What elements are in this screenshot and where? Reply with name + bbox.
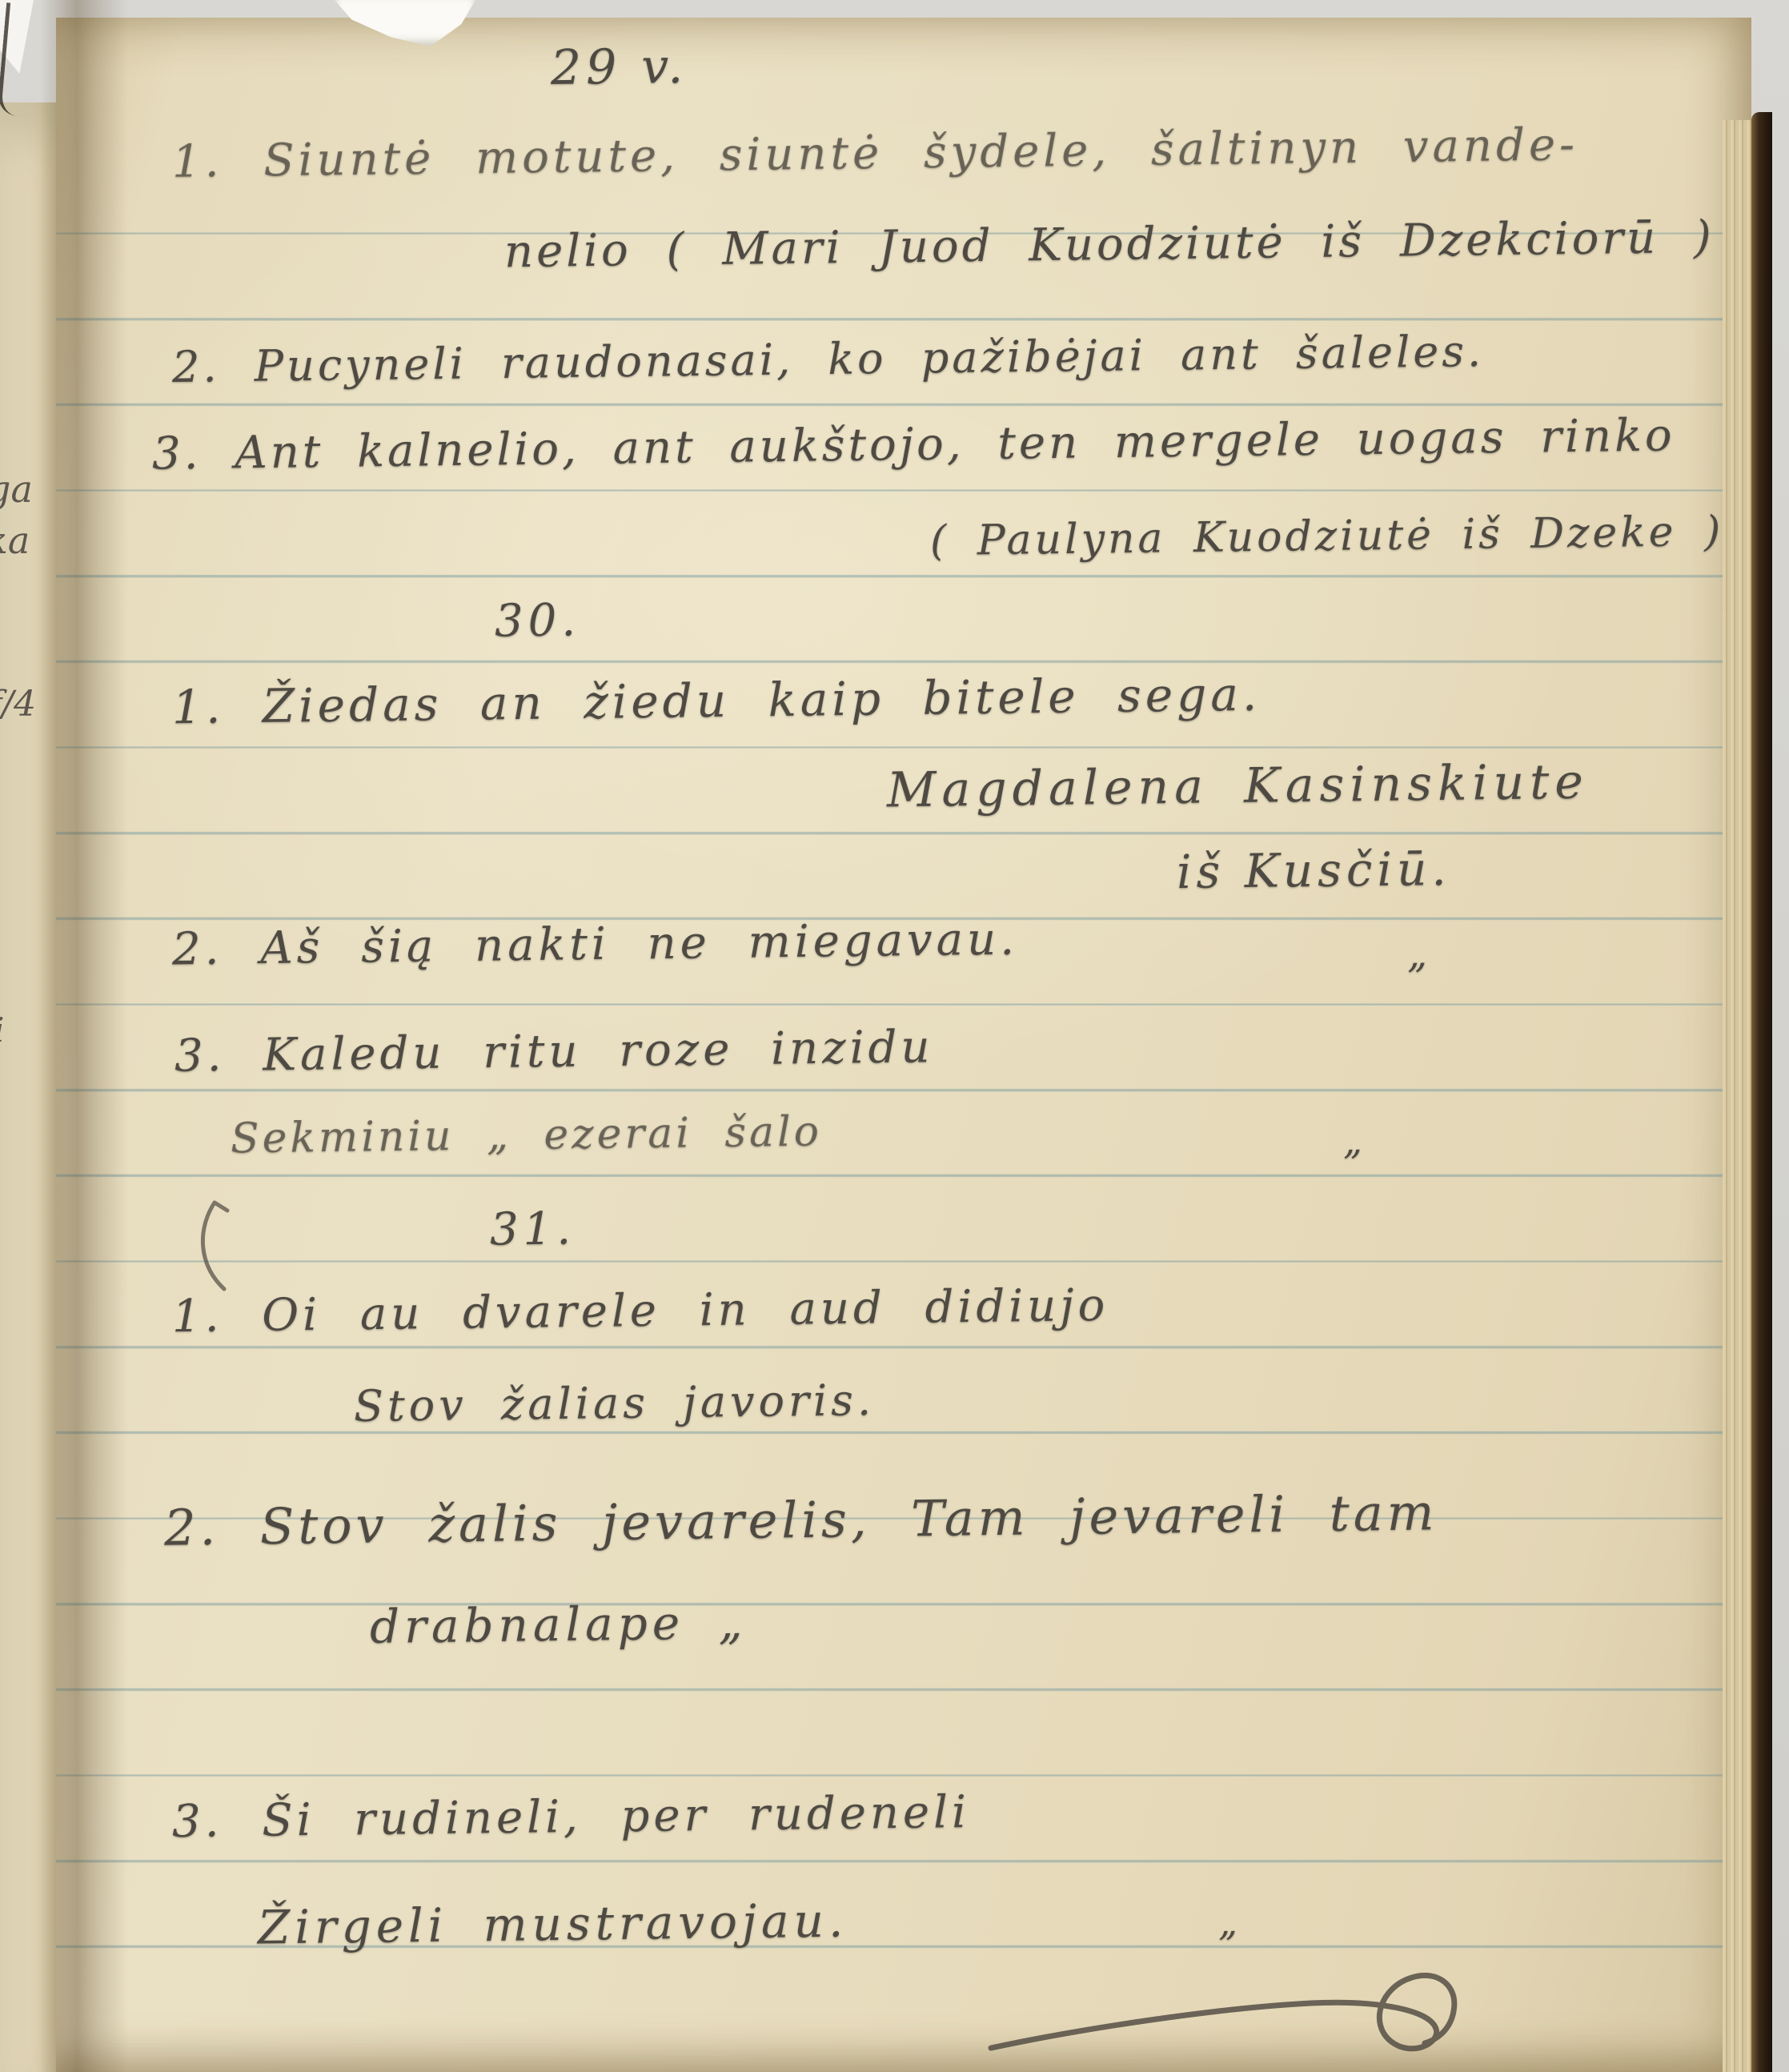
song-29-entry-3-line-1: 3. Ant kalnelio, ant aukštojo, ten merge… — [152, 413, 1675, 476]
song-30-entry-2-ditto: „ — [1407, 935, 1427, 974]
facing-page-edge — [0, 102, 56, 2072]
song-30-entry-3-line-1: 3. Kaledu ritu roze inzidu — [174, 1025, 934, 1079]
song-30-entry-1-attribution-1: Magdalena Kasinskiute — [887, 758, 1589, 815]
song-31-entry-2-line-1: 2. Stov žalis jevarelis, Tam jevareli ta… — [164, 1488, 1438, 1552]
pencil-flourish — [985, 1958, 1481, 2072]
book-cover-edge — [1751, 112, 1772, 2072]
page-stack-edges — [1723, 120, 1751, 2072]
notebook-page: 29 v. 1. Siuntė motute, siuntė šydele, š… — [56, 18, 1751, 2072]
margin-fragment: ka — [0, 522, 30, 559]
song-31-entry-3-ditto: „ — [1218, 1904, 1237, 1941]
song-31-entry-1-line-2: Stov žalias javoris. — [354, 1379, 876, 1428]
song-30-entry-1-line-1: 1. Žiedas an žiedu kaip bitele sega. — [172, 671, 1262, 731]
page-number: 29 v. — [551, 42, 688, 92]
song-29-entry-3-line-2: ( Paulyna Kuodziutė iš Dzeke ) — [930, 511, 1724, 562]
song-30-entry-1-attribution-2: iš Kusčiū. — [1177, 845, 1451, 895]
song-31-entry-2-line-2: drabnalape „ — [370, 1599, 748, 1650]
song-29-entry-2-line-1: 2. Pucyneli raudonasai, ko pažibėjai ant… — [172, 330, 1485, 389]
song-31-entry-1-line-1: 1. Oi au dvarele in aud didiujo — [172, 1283, 1109, 1339]
pencil-stroke — [191, 1196, 232, 1294]
song-29-entry-1-line-1: 1. Siuntė motute, siuntė šydele, šaltiny… — [172, 122, 1579, 184]
margin-fragment: f/4 — [0, 687, 36, 722]
song-30-entry-3-line-2: Sekminiu „ ezerai šalo — [231, 1110, 823, 1159]
margin-fragment: ga — [0, 471, 33, 508]
song-29-entry-1-line-2: nelio ( Mari Juod Kuodziutė iš Dzekciorū… — [504, 215, 1715, 275]
song-31-heading: 31. — [490, 1207, 576, 1252]
song-30-heading: 30. — [495, 598, 581, 644]
song-31-entry-3-line-2: Žirgeli mustravojau. — [258, 1897, 848, 1950]
song-31-entry-3-line-1: 3. Ši rudineli, per rudeneli — [172, 1790, 971, 1845]
song-30-entry-3-ditto: „ — [1343, 1122, 1362, 1159]
margin-fragment: i — [0, 1014, 4, 1047]
song-30-entry-2-line-1: 2. Aš šią nakti ne miegavau. — [172, 918, 1019, 973]
